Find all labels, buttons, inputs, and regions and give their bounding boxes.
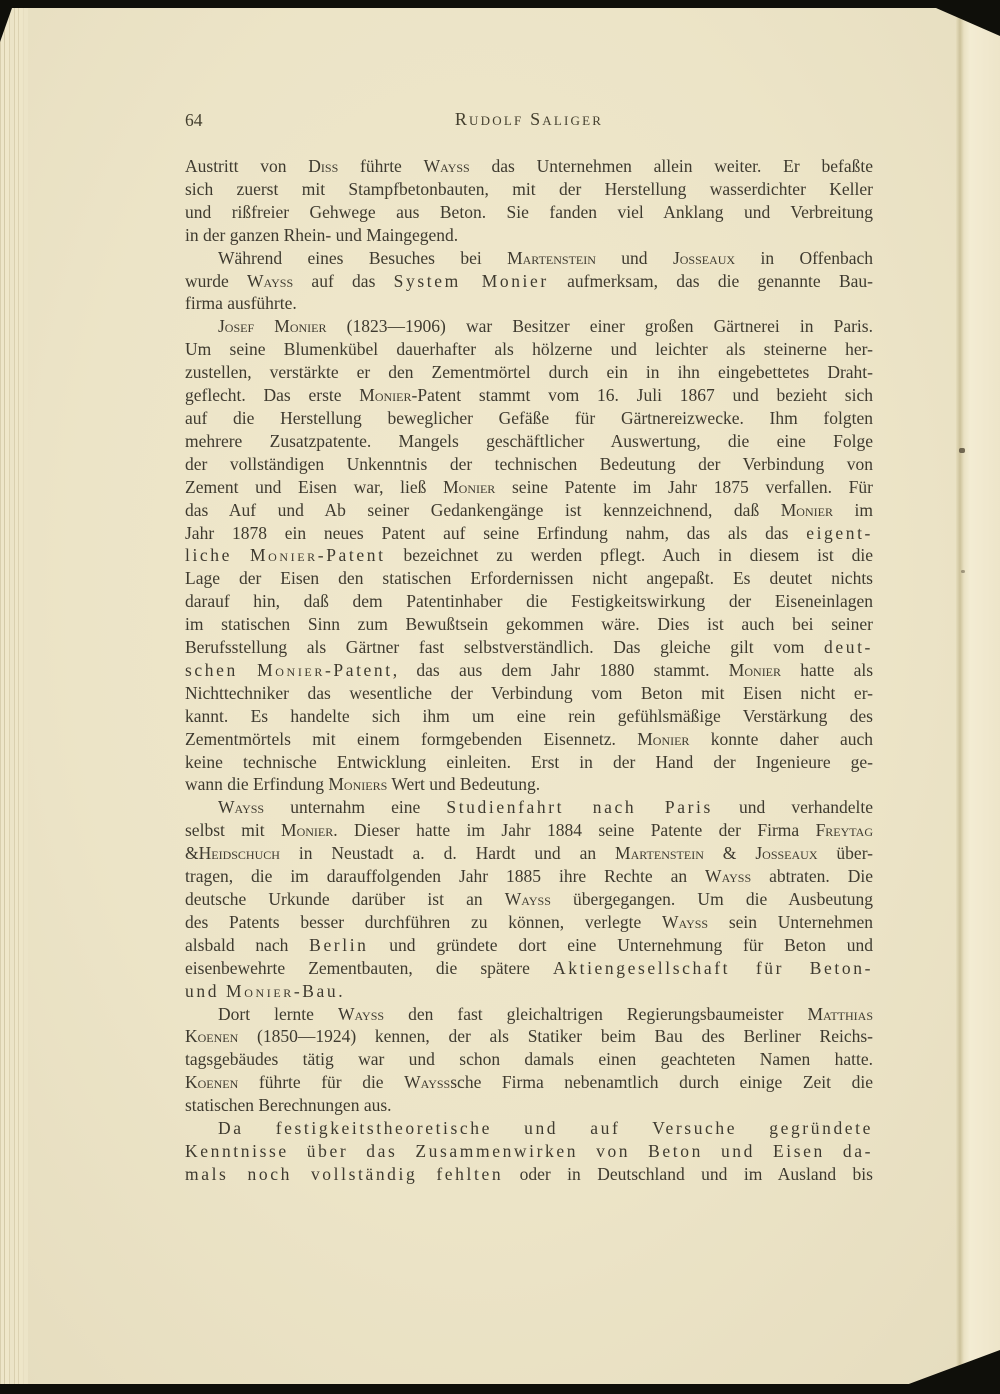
text-line: Dort lernte Wayss den fast gleichaltrige…: [185, 1003, 873, 1026]
text-line: keine technische Entwicklung einleiten. …: [185, 751, 873, 774]
text-line: im statischen Sinn zum Bewußtsein gekomm…: [185, 613, 873, 636]
page-gutter-crease: [956, 8, 1000, 1384]
text-line: Nichttechniker das wesentliche der Verbi…: [185, 682, 873, 705]
text-line: Lage der Eisen den statischen Erforderni…: [185, 567, 873, 590]
paragraph: Da festigkeitstheoretische und auf Versu…: [185, 1117, 873, 1186]
text-line: wurde Wayss auf das System Monier aufmer…: [185, 270, 873, 293]
paragraph: Während eines Besuches bei Martenstein u…: [185, 247, 873, 316]
book-photo: 64 Rudolf Saliger Austritt von Diss führ…: [0, 0, 1000, 1394]
text-line: des Patents besser durchführen zu können…: [185, 911, 873, 934]
text-line: Kenntnisse über das Zusammenwirken von B…: [185, 1140, 873, 1163]
text-line: sich zuerst mit Stampfbetonbauten, mit d…: [185, 178, 873, 201]
text-line: schen Monier-Patent, das aus dem Jahr 18…: [185, 659, 873, 682]
text-line: Josef Monier (1823—1906) war Besitzer ei…: [185, 315, 873, 338]
text-line: zustellen, verstärkte er den Zementmörte…: [185, 361, 873, 384]
paragraph: Josef Monier (1823—1906) war Besitzer ei…: [185, 315, 873, 796]
text-line: Da festigkeitstheoretische und auf Versu…: [185, 1117, 873, 1140]
text-line: Jahr 1878 ein neues Patent auf seine Erf…: [185, 522, 873, 545]
book-page: 64 Rudolf Saliger Austritt von Diss führ…: [0, 8, 1000, 1384]
text-line: das Auf und Ab seiner Gedankengänge ist …: [185, 499, 873, 522]
paper-speck: [959, 448, 965, 453]
paper-speck: [961, 570, 965, 573]
text-line: firma ausführte.: [185, 292, 873, 315]
text-line: Austritt von Diss führte Wayss das Unter…: [185, 155, 873, 178]
text-line: Koenen (1850—1924) kennen, der als Stati…: [185, 1025, 873, 1048]
text-line: mehrere Zusatzpatente. Mangels geschäftl…: [185, 430, 873, 453]
text-line: tragen, die im darauffolgenden Jahr 1885…: [185, 865, 873, 888]
text-line: &Heidschuch in Neustadt a. d. Hardt und …: [185, 842, 873, 865]
text-line: darauf hin, daß dem Patentinhaber die Fe…: [185, 590, 873, 613]
body-text: Austritt von Diss führte Wayss das Unter…: [185, 155, 873, 1186]
text-line: Berufsstellung als Gärtner fast selbstve…: [185, 636, 873, 659]
text-line: wann die Erfindung Moniers Wert und Bede…: [185, 773, 873, 796]
text-line: alsbald nach Berlin und gründete dort ei…: [185, 934, 873, 957]
text-line: kannt. Es handelte sich ihm um eine rein…: [185, 705, 873, 728]
text-line: tagsgebäudes tätig war und schon damals …: [185, 1048, 873, 1071]
text-line: der vollständigen Unkenntnis der technis…: [185, 453, 873, 476]
paragraph: Dort lernte Wayss den fast gleichaltrige…: [185, 1003, 873, 1118]
paragraph: Austritt von Diss führte Wayss das Unter…: [185, 155, 873, 247]
running-header: Rudolf Saliger: [185, 109, 873, 130]
text-line: mals noch vollständig fehlten oder in De…: [185, 1163, 873, 1186]
text-line: Koenen führte für die Waysssche Firma ne…: [185, 1071, 873, 1094]
text-line: Wayss unternahm eine Studienfahrt nach P…: [185, 796, 873, 819]
text-line: Zement und Eisen war, ließ Monier seine …: [185, 476, 873, 499]
text-line: und rißfreier Gehwege aus Beton. Sie fan…: [185, 201, 873, 224]
text-line: Zementmörtels mit einem formgebenden Eis…: [185, 728, 873, 751]
text-line: eisenbewehrte Zementbauten, die spätere …: [185, 957, 873, 980]
photo-background-top: [0, 0, 1000, 8]
page-edge-stack: [0, 8, 27, 1384]
text-line: in der ganzen Rhein- und Maingegend.: [185, 224, 873, 247]
text-line: selbst mit Monier. Dieser hatte im Jahr …: [185, 819, 873, 842]
text-line: und Monier-Bau.: [185, 980, 873, 1003]
text-line: deutsche Urkunde darüber ist an Wayss üb…: [185, 888, 873, 911]
photo-background-bottom: [0, 1384, 1000, 1394]
paragraph: Wayss unternahm eine Studienfahrt nach P…: [185, 796, 873, 1002]
text-line: auf die Herstellung beweglicher Gefäße f…: [185, 407, 873, 430]
text-line: statischen Berechnungen aus.: [185, 1094, 873, 1117]
text-line: Während eines Besuches bei Martenstein u…: [185, 247, 873, 270]
text-line: Um seine Blumenkübel dauerhafter als höl…: [185, 338, 873, 361]
text-line: liche Monier-Patent bezeichnet zu werden…: [185, 544, 873, 567]
text-line: geflecht. Das erste Monier-Patent stammt…: [185, 384, 873, 407]
